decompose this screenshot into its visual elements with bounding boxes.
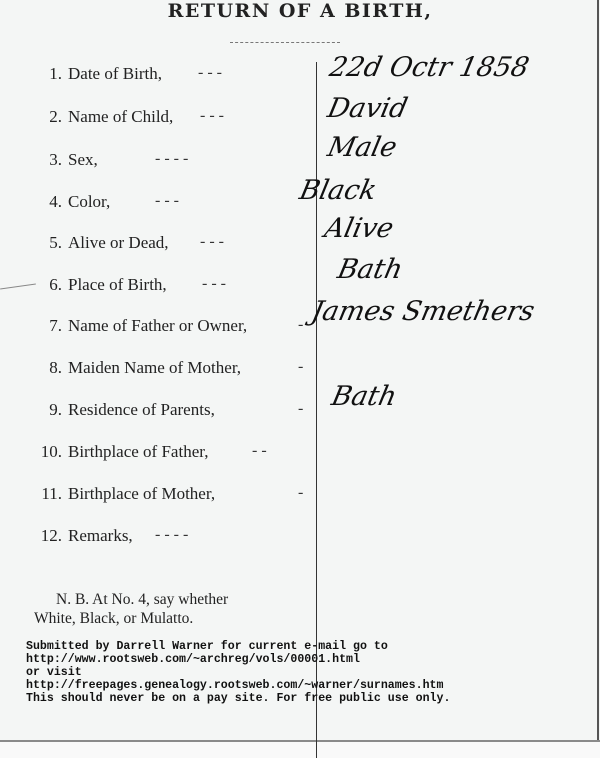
field-number: 12. [36, 526, 62, 546]
leader-dashes: - - - [198, 64, 222, 82]
leader-dashes: - [298, 316, 303, 334]
value-sex: Male [325, 132, 400, 163]
title-underline [230, 42, 340, 43]
value-date-of-birth: 22d Octr 1858 [327, 52, 532, 83]
submission-line-5: This should never be on a pay site. For … [26, 692, 450, 705]
field-number: 6. [36, 275, 62, 295]
field-date-of-birth: 1.Date of Birth, [36, 64, 162, 84]
field-name-of-child: 2.Name of Child, [36, 107, 173, 127]
leader-dashes: - - [252, 442, 267, 460]
field-name-of-father-or-owner: 7.Name of Father or Owner, [36, 316, 247, 336]
value-place-of-birth: Bath [335, 254, 406, 285]
value-color: Black [297, 175, 380, 206]
submission-line-1: Submitted by Darrell Warner for current … [26, 640, 450, 653]
page-bottom-edge [0, 740, 600, 758]
leader-dashes: - [298, 484, 303, 502]
leader-dashes: - - - [155, 192, 179, 210]
value-name-of-child: David [325, 93, 411, 124]
submission-notice: Submitted by Darrell Warner for current … [26, 640, 450, 705]
field-sex: 3.Sex, [36, 150, 98, 170]
field-label-text: Alive or Dead, [68, 233, 169, 252]
field-color: 4.Color, [36, 192, 110, 212]
field-residence-of-parents: 9.Residence of Parents, [36, 400, 215, 420]
field-number: 8. [36, 358, 62, 378]
field-number: 10. [36, 442, 62, 462]
field-number: 7. [36, 316, 62, 336]
leader-dashes: - [298, 358, 303, 376]
field-number: 2. [36, 107, 62, 127]
leader-dashes: - - - [202, 275, 226, 293]
value-residence-of-parents: Bath [329, 381, 400, 412]
leader-dashes: - - - [200, 233, 224, 251]
field-label-text: Place of Birth, [68, 275, 167, 294]
field-remarks: 12.Remarks, [36, 526, 133, 546]
field-label-text: Name of Father or Owner, [68, 316, 247, 335]
value-name-of-father-or-owner: James Smethers [309, 296, 538, 327]
leader-dashes: - - - - [155, 526, 188, 544]
form-note: N. B. At No. 4, say whether White, Black… [34, 590, 228, 628]
field-alive-or-dead: 5.Alive or Dead, [36, 233, 169, 253]
field-number: 4. [36, 192, 62, 212]
field-label-text: Remarks, [68, 526, 133, 545]
field-place-of-birth: 6.Place of Birth, [36, 275, 167, 295]
field-number: 1. [36, 64, 62, 84]
field-birthplace-of-father: 10.Birthplace of Father, [36, 442, 208, 462]
leader-dashes: - [298, 400, 303, 418]
field-number: 9. [36, 400, 62, 420]
leader-dashes: - - - - [155, 150, 188, 168]
field-maiden-name-of-mother: 8.Maiden Name of Mother, [36, 358, 241, 378]
form-title: RETURN OF A BIRTH, [0, 0, 600, 22]
field-number: 5. [36, 233, 62, 253]
note-line-1: N. B. At No. 4, say whether [34, 590, 228, 609]
submission-url-2: http://freepages.genealogy.rootsweb.com/… [26, 679, 450, 692]
field-label-text: Sex, [68, 150, 98, 169]
field-label-text: Date of Birth, [68, 64, 162, 83]
field-number: 11. [36, 484, 62, 504]
field-birthplace-of-mother: 11.Birthplace of Mother, [36, 484, 215, 504]
field-label-text: Residence of Parents, [68, 400, 215, 419]
field-label-text: Maiden Name of Mother, [68, 358, 241, 377]
submission-line-3: or visit [26, 666, 450, 679]
field-label-text: Birthplace of Father, [68, 442, 208, 461]
field-label-text: Name of Child, [68, 107, 173, 126]
leader-dashes: - - - [200, 107, 224, 125]
note-line-2: White, Black, or Mulatto. [34, 610, 193, 627]
field-label-text: Birthplace of Mother, [68, 484, 215, 503]
value-alive-or-dead: Alive [322, 213, 397, 244]
field-label-text: Color, [68, 192, 110, 211]
submission-url-1: http://www.rootsweb.com/~archreg/vols/00… [26, 653, 450, 666]
field-number: 3. [36, 150, 62, 170]
